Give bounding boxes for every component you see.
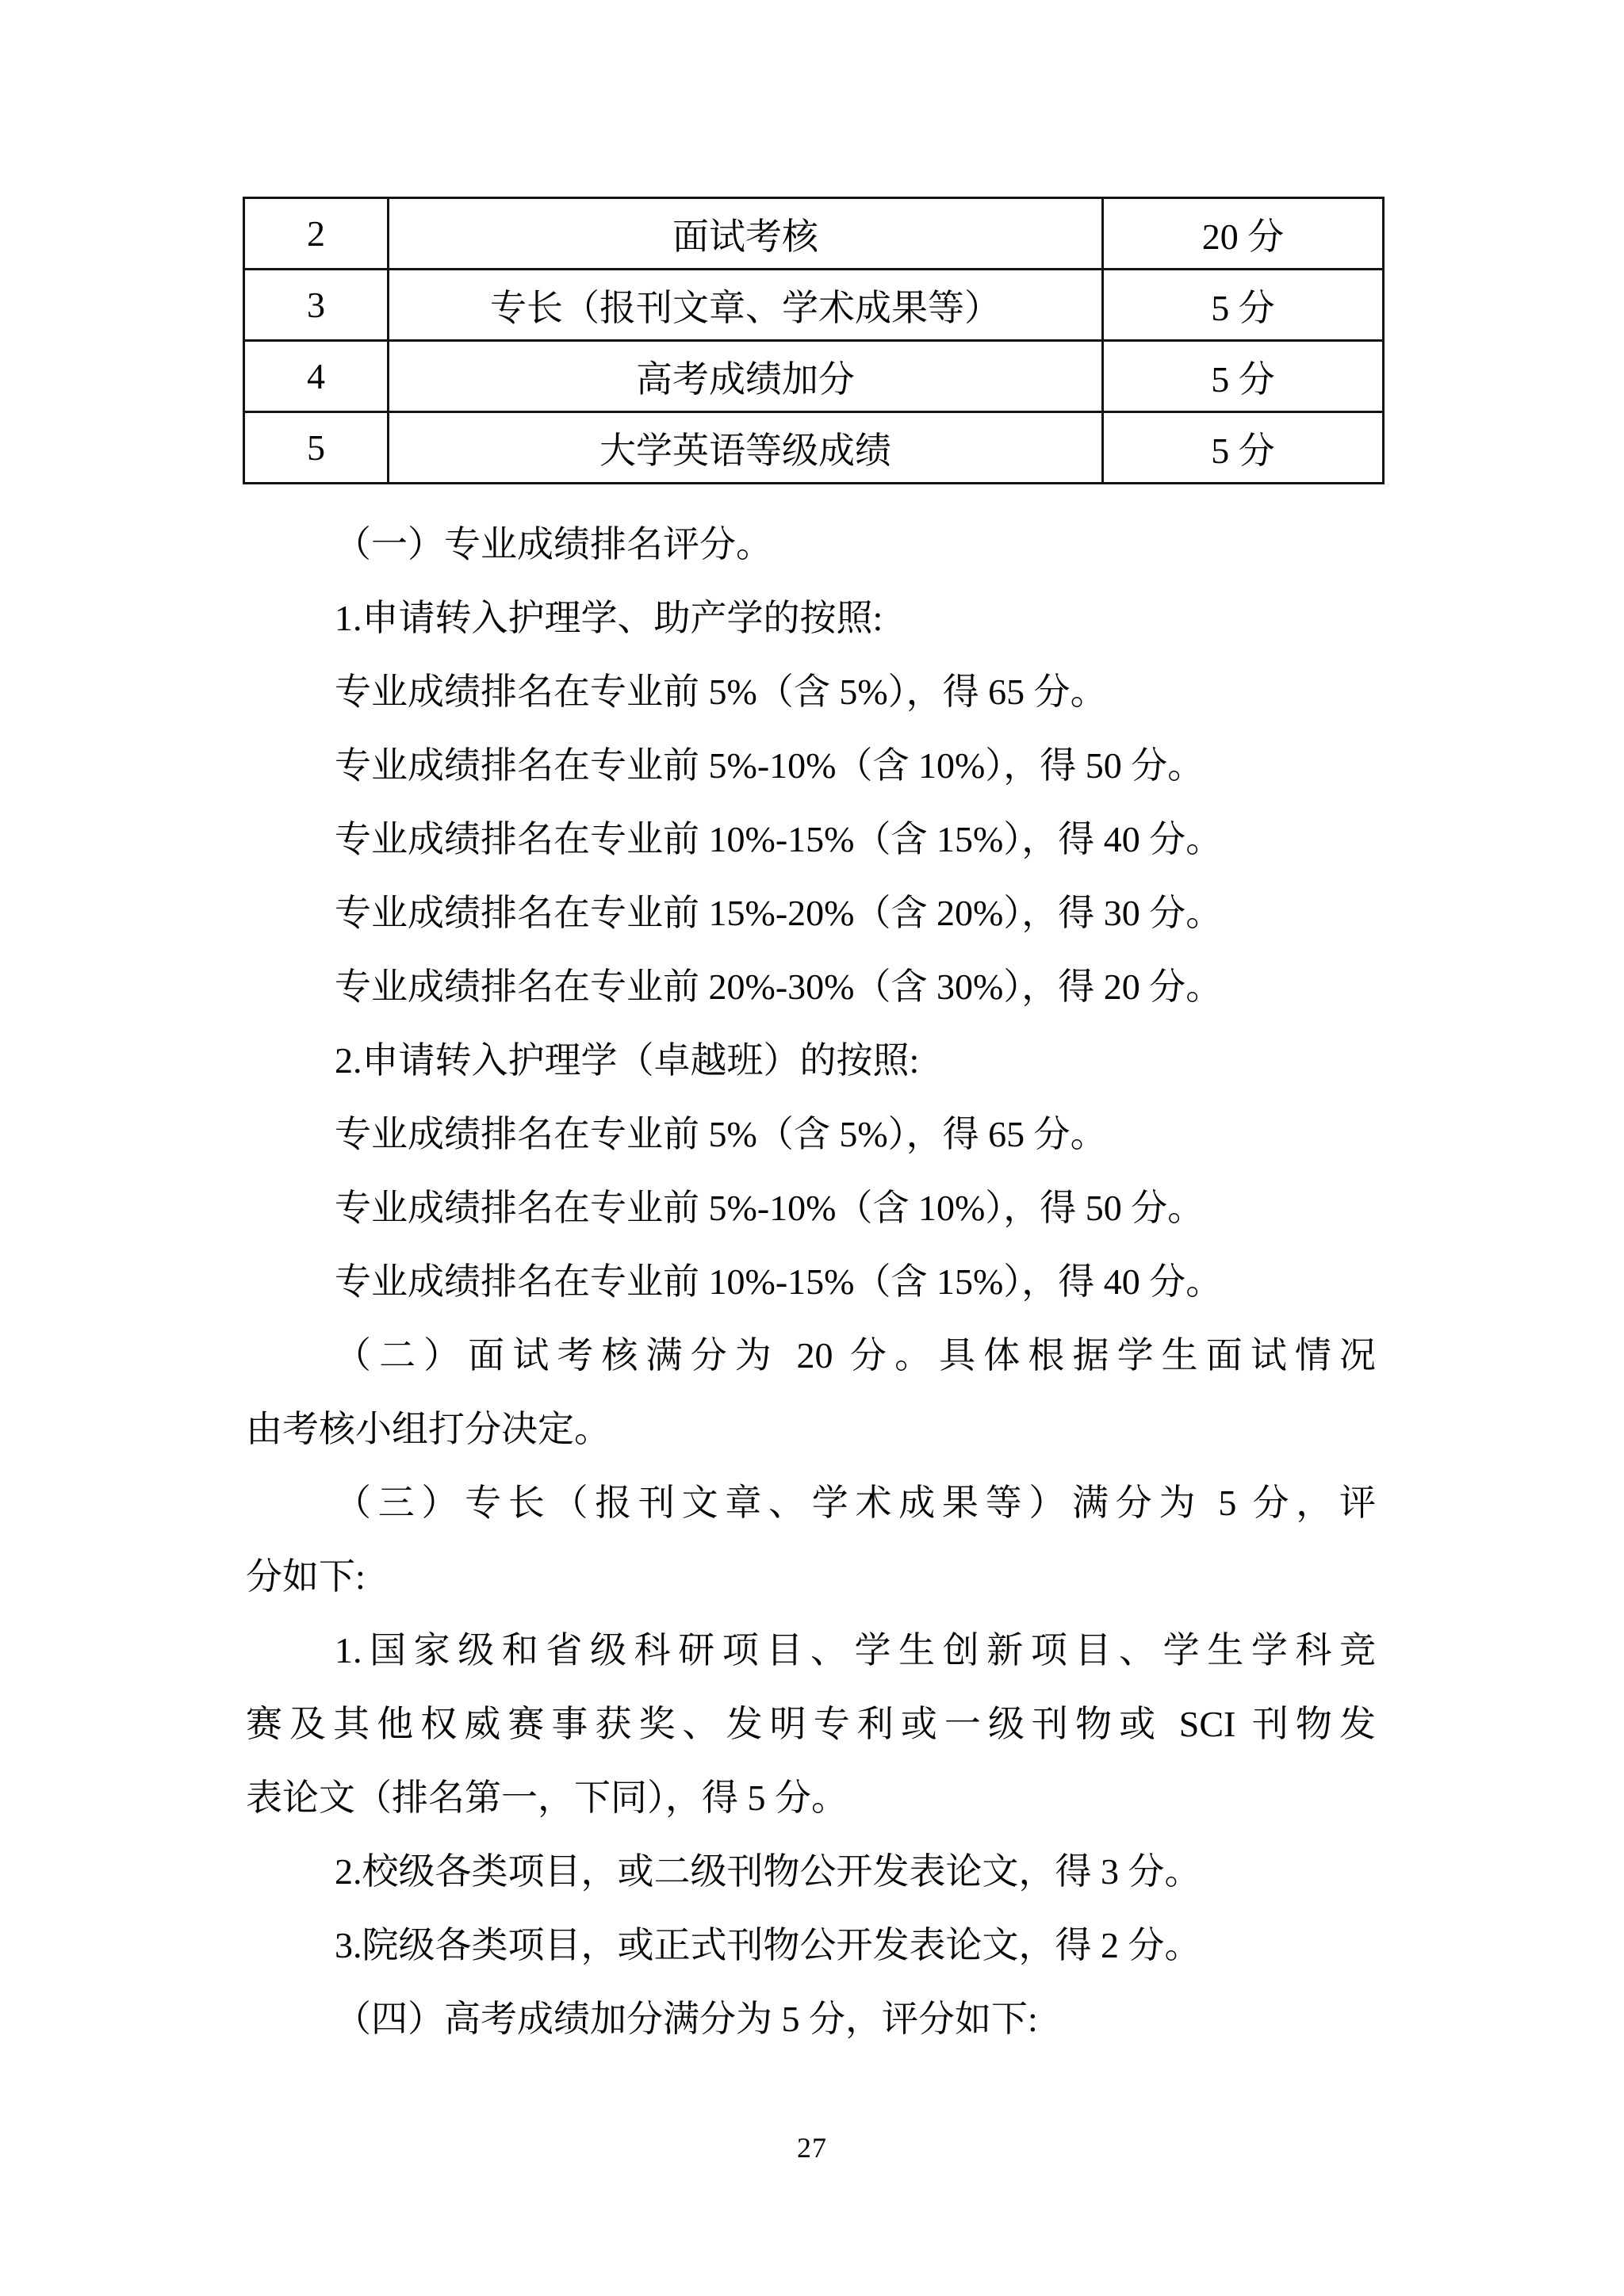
paragraph-line: 2.申请转入护理学（卓越班）的按照: <box>246 1024 1376 1097</box>
paragraph-line: 专业成绩排名在专业前 10%-15%（含 15%），得 40 分。 <box>246 802 1376 876</box>
row-item: 面试考核 <box>389 198 1103 270</box>
row-number: 2 <box>244 198 389 270</box>
table-row: 4 高考成绩加分 5 分 <box>244 341 1384 412</box>
row-score: 5 分 <box>1103 341 1384 412</box>
table-row: 2 面试考核 20 分 <box>244 198 1384 270</box>
paragraph-line: 专业成绩排名在专业前 5%（含 5%），得 65 分。 <box>246 1097 1376 1171</box>
table-row: 5 大学英语等级成绩 5 分 <box>244 412 1384 484</box>
row-number: 3 <box>244 270 389 341</box>
row-item: 大学英语等级成绩 <box>389 412 1103 484</box>
page-number: 27 <box>0 2131 1624 2164</box>
paragraph-line: 1.申请转入护理学、助产学的按照: <box>246 581 1376 655</box>
table-row: 3 专长（报刊文章、学术成果等） 5 分 <box>244 270 1384 341</box>
paragraph-line: 专业成绩排名在专业前 15%-20%（含 20%），得 30 分。 <box>246 876 1376 950</box>
paragraph-line: 专业成绩排名在专业前 10%-15%（含 15%），得 40 分。 <box>246 1245 1376 1318</box>
row-item: 专长（报刊文章、学术成果等） <box>389 270 1103 341</box>
document-page: 2 面试考核 20 分 3 专长（报刊文章、学术成果等） 5 分 4 高考成绩加… <box>0 0 1624 2296</box>
row-number: 4 <box>244 341 389 412</box>
paragraph-line: 专业成绩排名在专业前 5%-10%（含 10%），得 50 分。 <box>246 1171 1376 1245</box>
paragraph-line: （二）面试考核满分为 20 分。具体根据学生面试情况 <box>246 1318 1376 1392</box>
paragraph-line: 表论文（排名第一，下同），得 5 分。 <box>246 1761 1376 1835</box>
paragraph-line: 由考核小组打分决定。 <box>246 1392 1376 1466</box>
paragraph-line: （一）专业成绩排名评分。 <box>246 507 1376 581</box>
paragraph-line: 专业成绩排名在专业前 5%（含 5%），得 65 分。 <box>246 655 1376 729</box>
paragraph-line: 专业成绩排名在专业前 5%-10%（含 10%），得 50 分。 <box>246 729 1376 802</box>
paragraph-line: 2.校级各类项目，或二级刊物公开发表论文，得 3 分。 <box>246 1835 1376 1908</box>
row-item: 高考成绩加分 <box>389 341 1103 412</box>
row-number: 5 <box>244 412 389 484</box>
paragraph-line: 专业成绩排名在专业前 20%-30%（含 30%），得 20 分。 <box>246 950 1376 1024</box>
paragraph-line: 分如下: <box>246 1540 1376 1613</box>
paragraph-line: 赛及其他权威赛事获奖、发明专利或一级刊物或 SCI 刊物发 <box>246 1687 1376 1761</box>
row-score: 5 分 <box>1103 412 1384 484</box>
body-text: （一）专业成绩排名评分。 1.申请转入护理学、助产学的按照: 专业成绩排名在专业… <box>246 507 1376 2056</box>
score-table: 2 面试考核 20 分 3 专长（报刊文章、学术成果等） 5 分 4 高考成绩加… <box>243 197 1385 484</box>
paragraph-line: 1.国家级和省级科研项目、学生创新项目、学生学科竞 <box>246 1613 1376 1687</box>
paragraph-line: 3.院级各类项目，或正式刊物公开发表论文，得 2 分。 <box>246 1908 1376 1982</box>
paragraph-line: （三）专长（报刊文章、学术成果等）满分为 5 分，评 <box>246 1466 1376 1540</box>
row-score: 20 分 <box>1103 198 1384 270</box>
row-score: 5 分 <box>1103 270 1384 341</box>
paragraph-line: （四）高考成绩加分满分为 5 分，评分如下: <box>246 1982 1376 2056</box>
